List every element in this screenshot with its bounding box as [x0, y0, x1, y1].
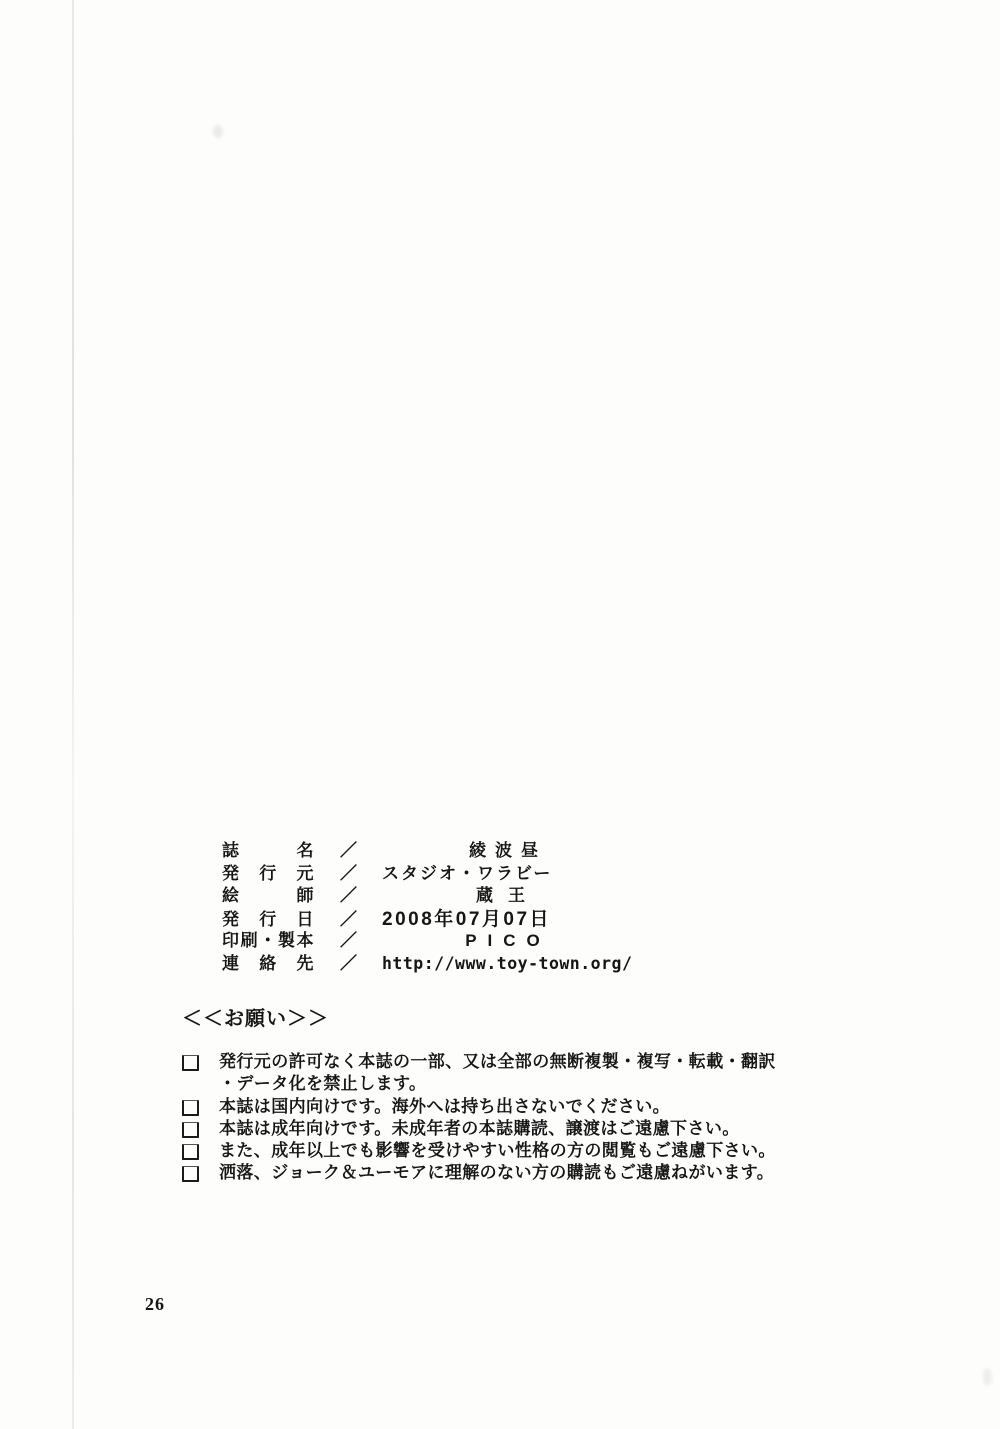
- colophon-label: 連絡先: [222, 949, 314, 974]
- colophon-row-title: 誌名 ／ 綾波昼: [222, 836, 634, 859]
- request-item: 本誌は国内向けです。海外へは持ち出さないでください。: [182, 1096, 888, 1118]
- checkbox-icon: [182, 1144, 199, 1160]
- artist-name: 蔵王: [382, 881, 634, 906]
- colophon-label: 誌名: [222, 836, 314, 861]
- request-item-line: 洒落、ジョーク＆ユーモアに理解のない方の購読もご遠慮ねがいます。: [219, 1162, 774, 1184]
- request-item-line: 本誌は国内向けです。海外へは持ち出さないでください。: [219, 1096, 670, 1118]
- checkbox-icon: [182, 1166, 199, 1182]
- scanned-page: 誌名 ／ 綾波昼 発行元 ／ スタジオ・ワラビー 絵師 ／ 蔵王 発行日 ／ 2…: [0, 0, 1000, 1429]
- separator-slash: ／: [340, 926, 360, 951]
- request-item: 洒落、ジョーク＆ユーモアに理解のない方の購読もご遠慮ねがいます。: [182, 1162, 888, 1184]
- separator-slash: ／: [340, 949, 360, 974]
- publisher-name: スタジオ・ワラビー: [382, 859, 634, 884]
- checkbox-icon: [182, 1100, 199, 1116]
- checkbox-icon: [182, 1122, 199, 1138]
- request-section: ＜＜お願い＞＞ 発行元の許可なく本誌の一部、又は全部の無断複製・複写・転載・翻訳…: [182, 1002, 888, 1185]
- publication-date: 2008年07月07日: [382, 904, 634, 931]
- request-item-line: ・データ化を禁止します。: [219, 1073, 776, 1095]
- request-item: 発行元の許可なく本誌の一部、又は全部の無断複製・複写・転載・翻訳 ・データ化を禁…: [182, 1051, 888, 1096]
- scan-speck: [213, 125, 223, 138]
- request-title: ＜＜お願い＞＞: [182, 1002, 888, 1031]
- request-item-line: 本誌は成年向けです。未成年者の本誌購読、譲渡はご遠慮下さい。: [219, 1118, 740, 1140]
- request-list: 発行元の許可なく本誌の一部、又は全部の無断複製・複写・転載・翻訳 ・データ化を禁…: [182, 1051, 888, 1185]
- colophon-row-contact: 連絡先 ／ http://www.toy-town.org/: [222, 949, 634, 972]
- contact-url: http://www.toy-town.org/: [382, 954, 634, 973]
- request-item-text: 本誌は成年向けです。未成年者の本誌購読、譲渡はご遠慮下さい。: [219, 1118, 740, 1140]
- book-title: 綾波昼: [382, 836, 634, 861]
- printer-name: PICO: [382, 931, 634, 951]
- colophon-row-date: 発行日 ／ 2008年07月07日: [222, 904, 634, 927]
- request-item-text: 発行元の許可なく本誌の一部、又は全部の無断複製・複写・転載・翻訳 ・データ化を禁…: [219, 1051, 776, 1096]
- request-item-text: 洒落、ジョーク＆ユーモアに理解のない方の購読もご遠慮ねがいます。: [219, 1162, 774, 1184]
- colophon-label: 発行元: [222, 859, 314, 884]
- colophon-row-artist: 絵師 ／ 蔵王: [222, 881, 634, 904]
- request-item: また、成年以上でも影響を受けやすい性格の方の閲覧もご遠慮下さい。: [182, 1140, 888, 1162]
- scan-fold-line: [72, 0, 74, 1429]
- checkbox-icon: [182, 1055, 199, 1071]
- request-item-text: 本誌は国内向けです。海外へは持ち出さないでください。: [219, 1096, 670, 1118]
- page-number: 26: [145, 1294, 165, 1315]
- separator-slash: ／: [340, 881, 360, 906]
- request-item-text: また、成年以上でも影響を受けやすい性格の方の閲覧もご遠慮下さい。: [219, 1140, 776, 1162]
- colophon-row-publisher: 発行元 ／ スタジオ・ワラビー: [222, 859, 634, 882]
- scan-speck: [983, 1368, 992, 1386]
- colophon-label: 絵師: [222, 881, 314, 906]
- colophon-label: 印刷・製本: [222, 926, 314, 951]
- separator-slash: ／: [340, 859, 360, 884]
- request-item-line: 発行元の許可なく本誌の一部、又は全部の無断複製・複写・転載・翻訳: [219, 1051, 776, 1073]
- separator-slash: ／: [340, 836, 360, 861]
- request-item: 本誌は成年向けです。未成年者の本誌購読、譲渡はご遠慮下さい。: [182, 1118, 888, 1140]
- request-item-line: また、成年以上でも影響を受けやすい性格の方の閲覧もご遠慮下さい。: [219, 1140, 776, 1162]
- colophon-block: 誌名 ／ 綾波昼 発行元 ／ スタジオ・ワラビー 絵師 ／ 蔵王 発行日 ／ 2…: [222, 836, 634, 972]
